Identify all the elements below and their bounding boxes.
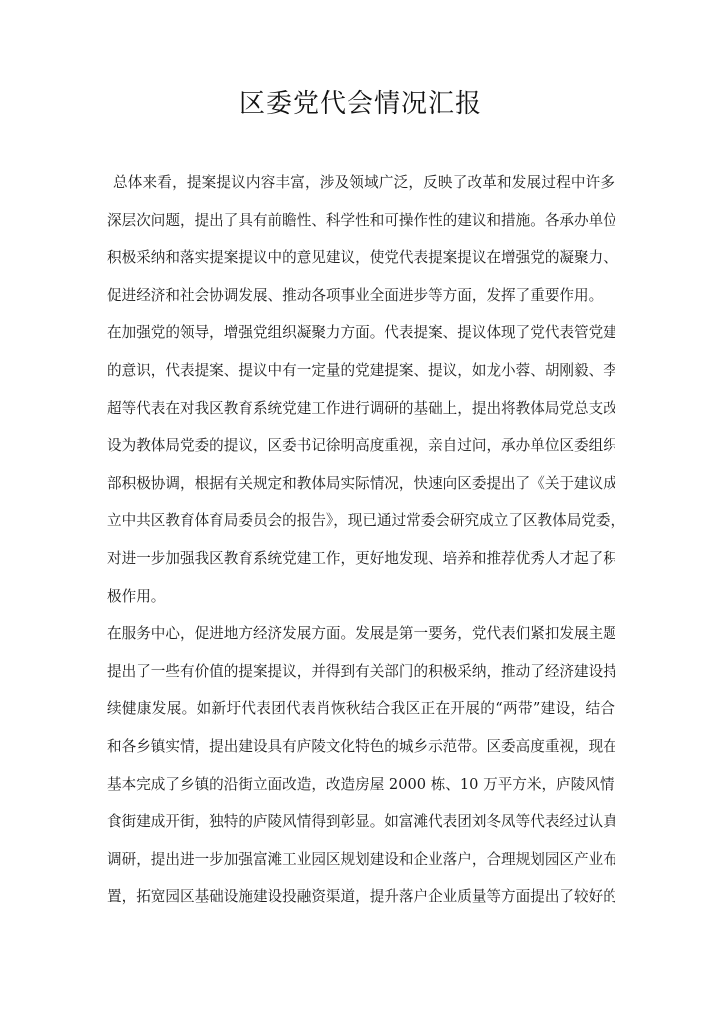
paragraph-line: 和各乡镇实情，提出建设具有庐陵文化特色的城乡示范带。区委高度重视，现在 [107,730,615,768]
paragraph-line: 极作用。 [107,580,615,618]
paragraph-line: 立中共区教育体育局委员会的报告》，现已通过常委会研究成立了区教体局党委， [107,504,615,542]
paragraph-line: 食街建成开街，独特的庐陵风情得到彰显。如富滩代表团刘冬凤等代表经过认真 [107,805,615,843]
paragraph-line: 调研，提出进一步加强富滩工业园区规划建设和企业落户，合理规划园区产业布 [107,843,615,881]
paragraph-line: 的意识，代表提案、提议中有一定量的党建提案、提议，如龙小蓉、胡刚毅、李 [107,354,615,392]
document-body: 总体来看，提案提议内容丰富，涉及领域广泛，反映了改革和发展过程中许多深层次问题，… [107,166,615,918]
document-page: 区委党代会情况汇报 总体来看，提案提议内容丰富，涉及领域广泛，反映了改革和发展过… [0,0,721,1020]
paragraph-line: 总体来看，提案提议内容丰富，涉及领域广泛，反映了改革和发展过程中许多 [107,166,615,204]
paragraph-line: 在服务中心，促进地方经济发展方面。发展是第一要务，党代表们紧扣发展主题， [107,617,615,655]
paragraph-line: 对进一步加强我区教育系统党建工作，更好地发现、培养和推荐优秀人才起了积 [107,542,615,580]
paragraph-line: 部积极协调，根据有关规定和教体局实际情况，快速向区委提出了《关于建议成 [107,467,615,505]
paragraph-line: 深层次问题，提出了具有前瞻性、科学性和可操作性的建议和措施。各承办单位 [107,204,615,242]
paragraph-line: 在加强党的领导，增强党组织凝聚力方面。代表提案、提议体现了党代表管党建 [107,316,615,354]
paragraph-line: 基本完成了乡镇的沿街立面改造，改造房屋 2000 栋、10 万平方米，庐陵风情美 [107,768,615,806]
paragraph-line: 续健康发展。如新圩代表团代表肖恢秋结合我区正在开展的“两带”建设，结合 [107,692,615,730]
paragraph-line: 设为教体局党委的提议，区委书记徐明高度重视，亲自过问，承办单位区委组织 [107,429,615,467]
paragraph-line: 促进经济和社会协调发展、推动各项事业全面进步等方面，发挥了重要作用。 [107,279,615,317]
paragraph-line: 积极采纳和落实提案提议中的意见建议，使党代表提案提议在增强党的凝聚力、 [107,241,615,279]
paragraph-line: 提出了一些有价值的提案提议，并得到有关部门的积极采纳，推动了经济建设持 [107,655,615,693]
paragraph-line: 置，拓宽园区基础设施建设投融资渠道，提升落户企业质量等方面提出了较好的 [107,880,615,918]
paragraph-line: 超等代表在对我区教育系统党建工作进行调研的基础上，提出将教体局党总支改 [107,392,615,430]
document-title: 区委党代会情况汇报 [0,86,721,122]
